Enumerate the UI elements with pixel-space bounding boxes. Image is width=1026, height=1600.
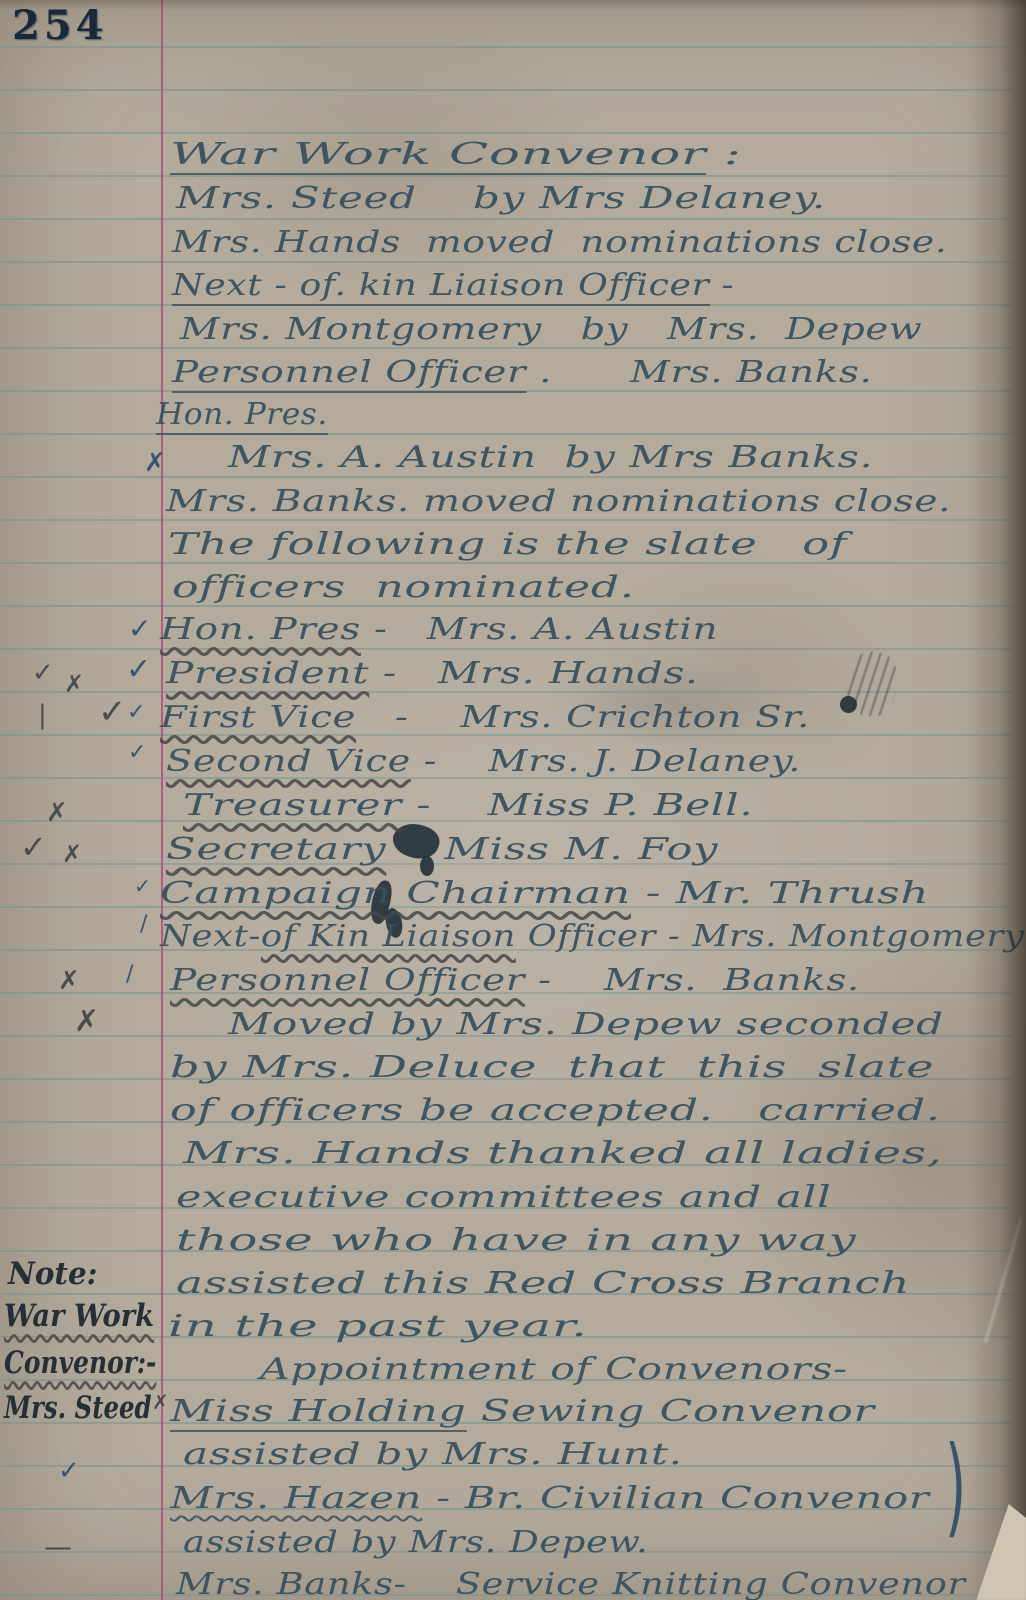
- handwritten-line: assisted by Mrs. Depew.: [183, 1526, 648, 1560]
- checkmark-mark: ✓: [128, 740, 146, 765]
- checkmark-mark: ✓: [126, 652, 151, 687]
- margin-mark: /: [126, 962, 133, 987]
- handwritten-text: executive committees and all: [176, 1180, 832, 1215]
- margin-note: Mrs. Steed: [4, 1390, 152, 1426]
- handwritten-text: - Mrs. A. Austin: [361, 612, 718, 647]
- handwritten-text: Hon. Pres.: [156, 397, 328, 435]
- torn-corner: [972, 1500, 1026, 1600]
- pencil-hatch-scribble: [844, 649, 900, 719]
- handwritten-text: Appointment of Convenors-: [260, 1352, 848, 1387]
- handwritten-text: assisted by Mrs. Hunt.: [183, 1437, 683, 1472]
- handwritten-text: of officers be accepted. carried.: [170, 1093, 941, 1128]
- handwritten-line: Hon. Pres - Mrs. A. Austin: [160, 613, 718, 647]
- handwritten-line: officers nominated.: [172, 571, 635, 605]
- page-top-shadow: [0, 0, 1026, 10]
- handwritten-text: Second Vice: [166, 744, 411, 779]
- handwritten-line: War Work Convenor :: [170, 138, 742, 172]
- handwritten-text: in the past year.: [168, 1309, 588, 1344]
- handwritten-text: Mrs. Hands thanked all ladies,: [183, 1136, 943, 1171]
- handwritten-text: officers nominated.: [172, 570, 635, 605]
- handwritten-line: in the past year.: [168, 1310, 588, 1344]
- handwritten-line: Campaign Chairman - Mr. Thrush: [160, 877, 929, 911]
- handwritten-line: President - Mrs. Hands.: [166, 657, 699, 691]
- margin-mark: ): [945, 1424, 966, 1550]
- handwritten-text: Personnel Officer: [172, 355, 526, 393]
- handwritten-line: Second Vice - Mrs. J. Delaney.: [166, 745, 801, 779]
- handwritten-line: First Vice - Mrs. Crichton Sr.: [160, 701, 810, 735]
- handwritten-line: of officers be accepted. carried.: [170, 1094, 941, 1128]
- checkmark-mark: ✓: [134, 874, 151, 898]
- ink-blot: [840, 696, 857, 713]
- crease-mark: [984, 1217, 1023, 1343]
- cross-mark: ✗: [74, 1004, 99, 1039]
- handwritten-line: Mrs. Hands moved nominations close.: [172, 226, 947, 260]
- handwritten-text: The following is the slate of: [168, 527, 847, 562]
- handwritten-text: Mrs. Hazen: [170, 1481, 422, 1516]
- handwritten-text: assisted by Mrs. Depew.: [183, 1525, 648, 1560]
- handwritten-text: those who have in any way: [176, 1223, 857, 1258]
- handwritten-text: Treasurer: [183, 788, 402, 823]
- handwritten-text: - Mrs. Banks.: [525, 963, 860, 998]
- cross-mark: ✗: [64, 670, 84, 698]
- handwritten-text: President: [166, 656, 369, 691]
- handwritten-text: :: [706, 137, 741, 172]
- handwritten-text: by Mrs. Deluce that this slate: [170, 1050, 934, 1085]
- handwritten-text: Hon. Pres: [160, 612, 361, 647]
- handwritten-text: - Br. Civilian Convenor: [422, 1481, 929, 1516]
- handwritten-text: Mrs. Banks. moved nominations close.: [166, 484, 951, 519]
- handwritten-text: - Mrs. J. Delaney.: [411, 744, 801, 779]
- margin-rule-line: [161, 0, 163, 1600]
- page-number-stamp: 254: [12, 2, 108, 49]
- handwritten-text: Mrs. Steed by Mrs Delaney.: [176, 181, 826, 216]
- handwritten-line: Mrs. Montgomery by Mrs. Depew: [180, 313, 922, 347]
- handwritten-line: Moved by Mrs. Depew seconded: [228, 1008, 944, 1042]
- handwritten-line: those who have in any way: [176, 1224, 857, 1258]
- handwritten-text: Personnel Officer: [170, 963, 525, 998]
- handwritten-line: Mrs. Hands thanked all ladies,: [183, 1137, 943, 1171]
- handwritten-line: Personnel Officer . Mrs. Banks.: [172, 356, 873, 390]
- handwritten-text: Mrs. Banks- Service Knitting Convenor: [176, 1567, 966, 1600]
- handwritten-line: Personnel Officer - Mrs. Banks.: [170, 964, 860, 998]
- handwritten-line: executive committees and all: [176, 1181, 832, 1215]
- margin-note: War Work: [4, 1298, 154, 1334]
- handwritten-line: Mrs. Banks. moved nominations close.: [166, 485, 951, 519]
- handwritten-line: Secretary Miss M. Foy: [166, 833, 718, 867]
- handwritten-line: Miss Holding Sewing Convenor: [170, 1395, 875, 1429]
- handwritten-text: - Mr. Thrush: [631, 876, 929, 911]
- handwritten-line: Next-of Kin Liaison Officer - Mrs. Montg…: [160, 920, 1025, 954]
- handwritten-text: -: [709, 268, 734, 303]
- margin-mark: —: [44, 1530, 72, 1563]
- handwritten-line: Hon. Pres.: [156, 398, 328, 432]
- handwritten-text: of Kin Liaison: [261, 919, 516, 954]
- handwritten-line: assisted this Red Cross Branch: [176, 1267, 910, 1301]
- checkmark-mark: ✓: [32, 658, 54, 688]
- margin-mark: /: [140, 912, 147, 937]
- handwritten-text: - Miss P. Bell.: [402, 788, 753, 823]
- cross-mark: ✗: [62, 840, 82, 868]
- checkmark-mark: ✓: [128, 612, 151, 645]
- page-edge-shadow: [968, 0, 1026, 1600]
- handwritten-text: Mrs. A. Austin by Mrs Banks.: [228, 440, 873, 475]
- checkmark-mark: ✓: [20, 828, 47, 866]
- handwritten-text: Campaign Chairman: [160, 876, 631, 911]
- ledger-page: 254 War Work Convenor :Mrs. Steed by Mrs…: [0, 0, 1026, 1600]
- handwritten-line: Mrs. Hazen - Br. Civilian Convenor: [170, 1482, 930, 1516]
- handwritten-text: First Vice: [160, 700, 356, 735]
- handwritten-text: War Work Convenor: [170, 137, 706, 175]
- handwritten-text: Sewing Convenor: [467, 1394, 875, 1429]
- handwritten-text: Moved by Mrs. Depew seconded: [228, 1007, 944, 1042]
- handwritten-line: The following is the slate of: [168, 528, 847, 562]
- handwritten-line: Appointment of Convenors-: [260, 1353, 848, 1387]
- checkmark-mark: ✓: [98, 692, 127, 732]
- handwritten-text: . Mrs. Banks.: [526, 355, 872, 390]
- checkmark-mark: ✓: [127, 700, 145, 725]
- handwritten-text: Miss Holding: [170, 1394, 467, 1432]
- margin-note: Note:: [8, 1256, 98, 1292]
- checkmark-mark: ✓: [58, 1456, 80, 1486]
- handwritten-line: by Mrs. Deluce that this slate: [170, 1051, 934, 1085]
- handwritten-text: - Mrs. Hands.: [369, 656, 698, 691]
- handwritten-text: Mrs. Hands moved nominations close.: [172, 225, 947, 260]
- handwritten-text: Secretary: [166, 832, 386, 867]
- handwritten-line: Mrs. Steed by Mrs Delaney.: [176, 182, 826, 216]
- cross-mark: ✗: [58, 966, 80, 996]
- handwritten-text: Mrs. Montgomery by Mrs. Depew: [180, 312, 922, 347]
- handwritten-text: - Mrs. Crichton Sr.: [356, 700, 810, 735]
- handwritten-text: Officer - Mrs. Montgomery: [516, 919, 1025, 954]
- handwritten-line: assisted by Mrs. Hunt.: [183, 1438, 683, 1472]
- margin-mark: |: [38, 700, 47, 730]
- handwritten-line: Treasurer - Miss P. Bell.: [183, 789, 753, 823]
- handwritten-line: Mrs. Banks- Service Knitting Convenor: [176, 1568, 966, 1600]
- handwritten-text: assisted this Red Cross Branch: [176, 1266, 910, 1301]
- handwritten-text: Next - of. kin Liaison Officer: [172, 268, 709, 306]
- handwritten-line: Mrs. A. Austin by Mrs Banks.: [228, 441, 873, 475]
- handwritten-line: Next - of. kin Liaison Officer -: [172, 269, 734, 303]
- cross-mark: ✗: [46, 798, 68, 828]
- margin-note: Convenor:-: [4, 1345, 156, 1381]
- handwritten-text: Miss M. Foy: [386, 832, 718, 867]
- handwritten-text: Next-: [160, 919, 261, 954]
